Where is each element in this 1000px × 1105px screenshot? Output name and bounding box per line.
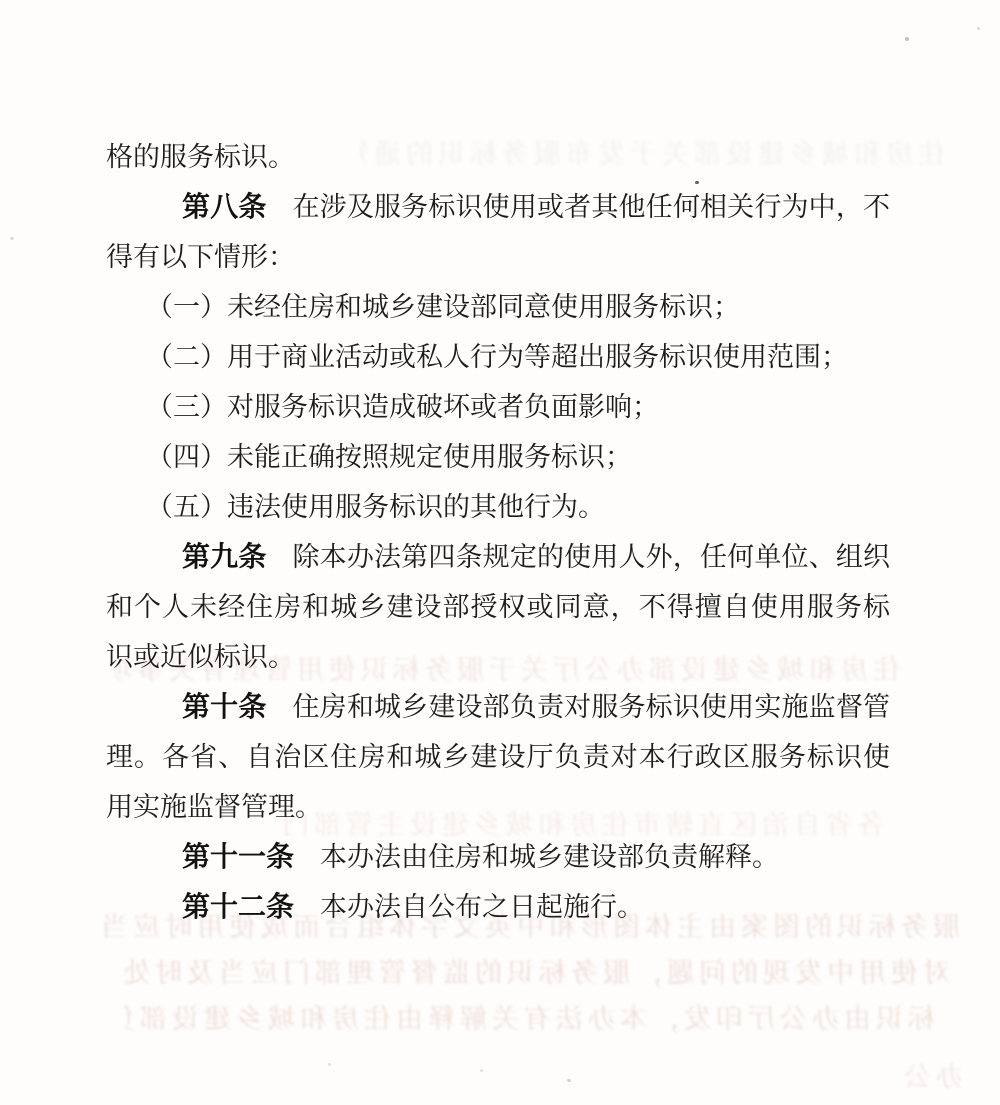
scanned-document-page: 住房和城乡建设部关于发布服务标识的通知 住房和城乡建设部办公厅关于服务标识使用管…: [0, 0, 1000, 1105]
scan-speck: [977, 27, 980, 30]
article-8-number: 第八条: [182, 191, 267, 222]
text-line-continuation: 理。各省、自治区住房和城乡建设厅负责对本行政区服务标识使: [106, 732, 890, 782]
article-11-text: 本办法由住房和城乡建设部负责解释。: [320, 842, 779, 872]
scan-speck: [480, 1069, 483, 1072]
article-10-line: 第十条住房和城乡建设部负责对服务标识使用实施监督管: [106, 682, 890, 732]
article-11-line: 第十一条本办法由住房和城乡建设部负责解释。: [106, 832, 890, 882]
text-line-continuation: 和个人未经住房和城乡建设部授权或同意，不得擅自使用服务标: [106, 582, 890, 632]
text-line-continuation: 格的服务标识。: [106, 132, 890, 182]
article-9-text: 除本办法第四条规定的使用人外，任何单位、组织: [293, 542, 891, 572]
article-9-number: 第九条: [182, 541, 267, 572]
article-10-text: 住房和城乡建设部负责对服务标识使用实施监督管: [293, 692, 891, 722]
article-12-line: 第十二条本办法自公布之日起施行。: [106, 882, 890, 932]
article-9-line: 第九条除本办法第四条规定的使用人外，任何单位、组织: [106, 532, 890, 582]
article-12-text: 本办法自公布之日起施行。: [320, 892, 644, 922]
document-body: 格的服务标识。 第八条在涉及服务标识使用或者其他任何相关行为中，不 得有以下情形…: [106, 132, 890, 932]
item-3-line: （三）对服务标识造成破坏或者负面影响；: [106, 382, 890, 432]
article-11-number: 第十一条: [182, 841, 294, 872]
text-line-continuation: 识或近似标识。: [106, 632, 890, 682]
item-4-line: （四）未能正确按照规定使用服务标识；: [106, 432, 890, 482]
scan-speck: [10, 237, 14, 240]
article-12-number: 第十二条: [182, 891, 294, 922]
bleedthrough-line: 办公: [893, 1060, 963, 1096]
scan-speck: [905, 37, 909, 41]
article-8-text: 在涉及服务标识使用或者其他任何相关行为中，不: [293, 192, 891, 222]
item-5-line: （五）违法使用服务标识的其他行为。: [106, 482, 890, 532]
article-10-number: 第十条: [182, 691, 267, 722]
bleedthrough-line: 标识由办公厅印发，本办法有关解释由住房和城乡建设部负责: [125, 1002, 935, 1038]
scan-speck: [567, 1079, 571, 1082]
article-8-line: 第八条在涉及服务标识使用或者其他任何相关行为中，不: [106, 182, 890, 232]
bleedthrough-line: 对使用中发现的问题，服务标识的监督管理部门应当及时处理改正: [125, 956, 950, 992]
item-2-line: （二）用于商业活动或私人行为等超出服务标识使用范围；: [106, 332, 890, 382]
scan-speck: [328, 1063, 331, 1066]
text-line-continuation: 用实施监督管理。: [106, 782, 890, 832]
item-1-line: （一）未经住房和城乡建设部同意使用服务标识；: [106, 282, 890, 332]
text-line-continuation: 得有以下情形：: [106, 232, 890, 282]
